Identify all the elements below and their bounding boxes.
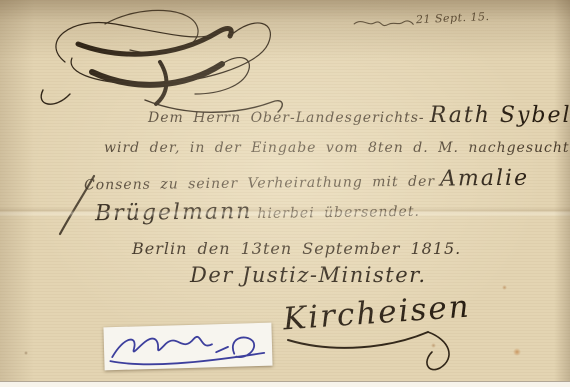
foxing-spot (431, 343, 436, 348)
letter-line-2: wird der, in der Eingabe vom 8ten d. M. … (104, 140, 570, 156)
signoff-title: Der Justiz-Minister. (190, 263, 427, 287)
dateline: Berlin den 13ten September 1815. (132, 239, 461, 258)
foxing-spot (513, 348, 521, 356)
foxing-spot (548, 120, 552, 124)
foxing-spot (502, 285, 507, 290)
illegible-scribble-icon (352, 11, 415, 30)
fold-crease (0, 207, 570, 217)
recipient-name: Rath Sybel (430, 103, 570, 128)
signature-swash-icon (280, 288, 475, 380)
margin-slash-stroke-icon (52, 170, 100, 238)
letter-line-3: Consens zu seiner Verheirathung mit der … (84, 166, 529, 196)
letter-line-1: Dem Herrn Ober-Landesgerichts- Rath Sybe… (148, 103, 570, 128)
line1-text: Dem Herrn Ober-Landesgerichts- (148, 110, 425, 126)
registry-note-text: 21 Sept. 15. (416, 10, 490, 26)
scan-edge (0, 381, 570, 387)
bride-first-name: Amalie (440, 166, 529, 192)
foxing-spot (24, 351, 28, 355)
registry-note: 21 Sept. 15. (352, 8, 490, 30)
scanned-letter-1815: 21 Sept. 15. Dem Herrn Ober-Landesgerich… (0, 0, 570, 387)
line3-text: Consens zu seiner Verheirathung mit der (84, 174, 435, 194)
blue-ink-scribble-icon (105, 325, 276, 370)
paper-slip (103, 323, 272, 371)
